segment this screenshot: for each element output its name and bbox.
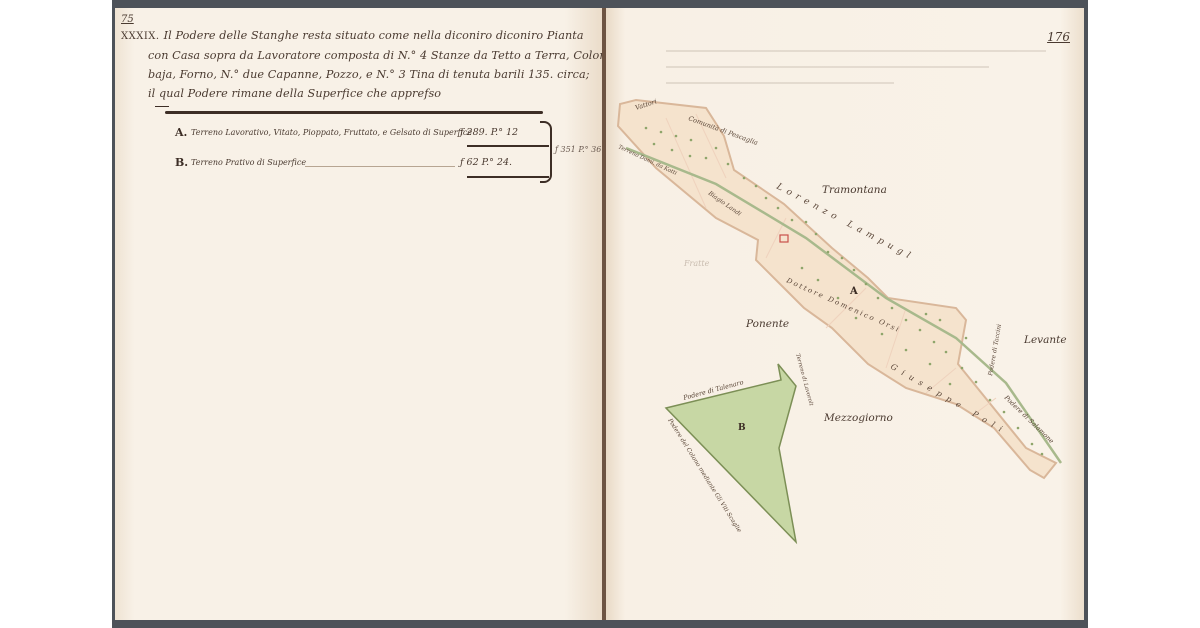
leader-line — [305, 166, 455, 167]
compass-south-label: Mezzogiorno — [824, 412, 893, 424]
divider-rule — [165, 111, 543, 114]
total-brace — [540, 121, 552, 183]
item-description: Terreno Prativo di Superfice — [191, 158, 306, 167]
item-letter: B. — [175, 156, 188, 169]
paragraph-line: Il Podere delle Stanghe resta situato co… — [164, 29, 584, 42]
total-amount: ƒ 351 P.° 36 — [555, 145, 601, 154]
compass-west-label: Ponente — [746, 318, 789, 330]
parcel-a-label: A — [849, 286, 858, 297]
right-page: 176 — [606, 8, 1084, 620]
left-page: 75 XXXIX.Il Podere delle Stanghe resta s… — [115, 8, 606, 620]
item-description: Terreno Lavorativo, Vitato, Pioppato, Fr… — [191, 128, 472, 137]
paragraph-line: baja, Forno, N.° due Capanne, Pozzo, e N… — [121, 65, 591, 84]
paragraph-line: con Casa sopra da Lavoratore composta di… — [121, 46, 591, 65]
item-amount: ƒ 289. P.° 12 — [460, 127, 518, 138]
compass-east-label: Levante — [1024, 334, 1067, 346]
svg-text:Fratte: Fratte — [683, 259, 710, 268]
parcel-b-label: B — [738, 423, 746, 433]
svg-text:Podere di Taccini: Podere di Taccini — [987, 324, 1003, 378]
item-amount: ƒ 62 P.° 24. — [460, 157, 512, 168]
sum-rule — [467, 145, 549, 147]
svg-text:Terreno di Lavorolt: Terreno di Lavorolt — [794, 353, 814, 407]
cadastral-map: A B Vattori Comunità di Pescaglia Lorenz… — [606, 8, 1084, 620]
paragraph-number: XXXIX. — [121, 31, 160, 42]
paragraph-line: il qual Podere rimane della Superfice ch… — [121, 84, 591, 103]
flourish-rule — [155, 106, 169, 107]
sum-rule — [467, 176, 549, 178]
book-spread: 75 XXXIX.Il Podere delle Stanghe resta s… — [112, 0, 1088, 628]
folio-number-left: 75 — [121, 14, 134, 25]
description-paragraph: XXXIX.Il Podere delle Stanghe resta situ… — [121, 26, 591, 103]
compass-north-label: Tramontana — [822, 184, 887, 196]
item-letter: A. — [175, 126, 187, 139]
land-items-list: A. Terreno Lavorativo, Vitato, Pioppato,… — [175, 120, 595, 180]
